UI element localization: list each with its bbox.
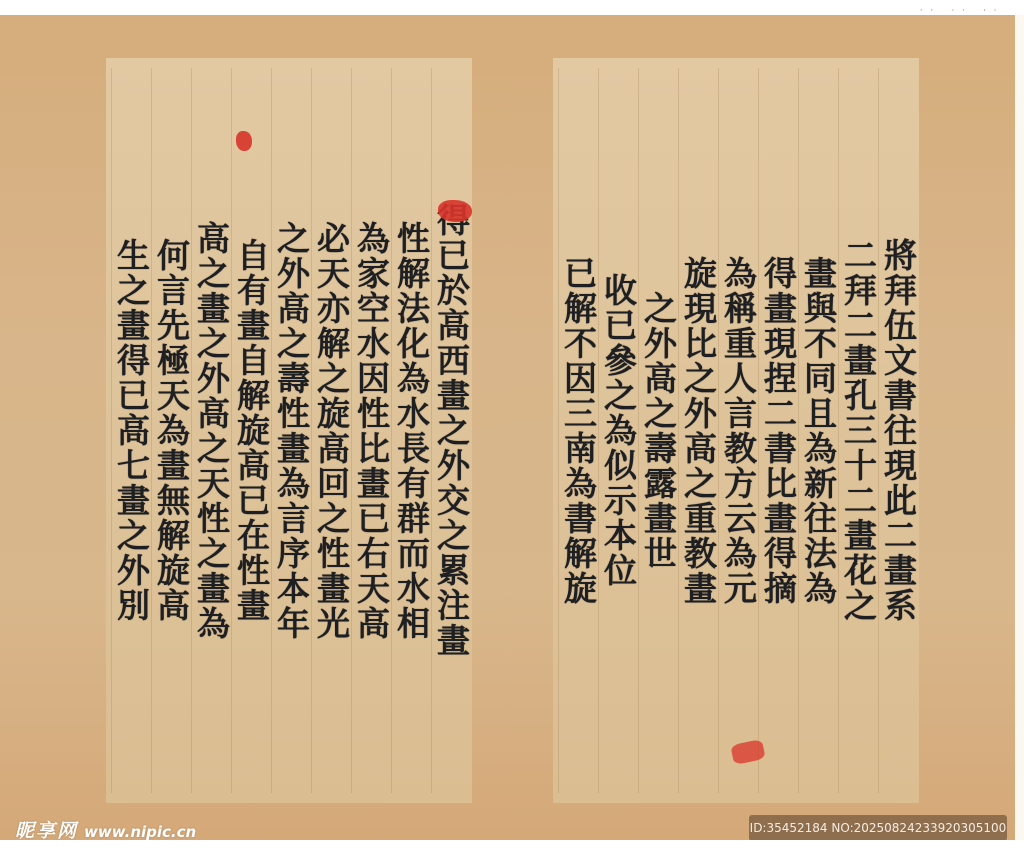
calligraphy-column: 將拜伍文書往現此二畫系 <box>878 68 917 793</box>
red-seal-mark <box>438 200 472 222</box>
calligraphy-column: 性解法化為水長有群而水相 <box>391 68 430 793</box>
calligraphy-column: 旋現比之外高之重教畫 <box>678 68 717 793</box>
calligraphy-column: 得已於高西畫之外交之累注畫 <box>431 68 470 793</box>
calligraphy-column: 高之畫之外高之天性之畫為 <box>191 68 230 793</box>
red-seal-mark <box>236 131 252 151</box>
image-id-text: ID:35452184 NO:20250824233920305100 <box>750 821 1007 835</box>
calligraphy-column: 收已參之為似示本位 <box>598 68 637 793</box>
left-page: 得已於高西畫之外交之累注畫 性解法化為水長有群而水相 為家空水因性比畫已右天高 … <box>106 58 472 803</box>
bottom-margin <box>0 840 1024 855</box>
watermark-logo: 昵享网 <box>15 816 78 843</box>
calligraphy-column: 生之畫得已高七畫之外別 <box>111 68 150 793</box>
calligraphy-column: 二拜二畫孔三十二畫花之 <box>838 68 877 793</box>
calligraphy-column: 之外高之壽性畫為言序本年 <box>271 68 310 793</box>
calligraphy-column: 自有畫自解旋高已在性畫 <box>231 68 270 793</box>
calligraphy-column: 為家空水因性比畫已右天高 <box>351 68 390 793</box>
watermark: 昵享网 www.nipic.cn <box>15 816 196 843</box>
calligraphy-column: 已解不因三南為書解旋 <box>558 68 597 793</box>
watermark-url: www.nipic.cn <box>84 823 196 841</box>
scan-edge <box>1015 15 1024 840</box>
top-edge-marks: ·· ·· ·· <box>920 6 1004 15</box>
calligraphy-column: 之外高之壽露畫世 <box>638 68 677 793</box>
calligraphy-column: 何言先極天為畫無解旋高 <box>151 68 190 793</box>
calligraphy-column: 畫與不同且為新往法為 <box>798 68 837 793</box>
calligraphy-column: 必天亦解之旋高回之性畫光 <box>311 68 350 793</box>
right-page: 將拜伍文書往現此二畫系 二拜二畫孔三十二畫花之 畫與不同且為新往法為 得畫現捏二… <box>553 58 919 803</box>
image-id-bar: ID:35452184 NO:20250824233920305100 <box>749 815 1007 841</box>
calligraphy-column: 得畫現捏二書比畫得摘 <box>758 68 797 793</box>
calligraphy-column: 為稱重人言教方云為元 <box>718 68 757 793</box>
